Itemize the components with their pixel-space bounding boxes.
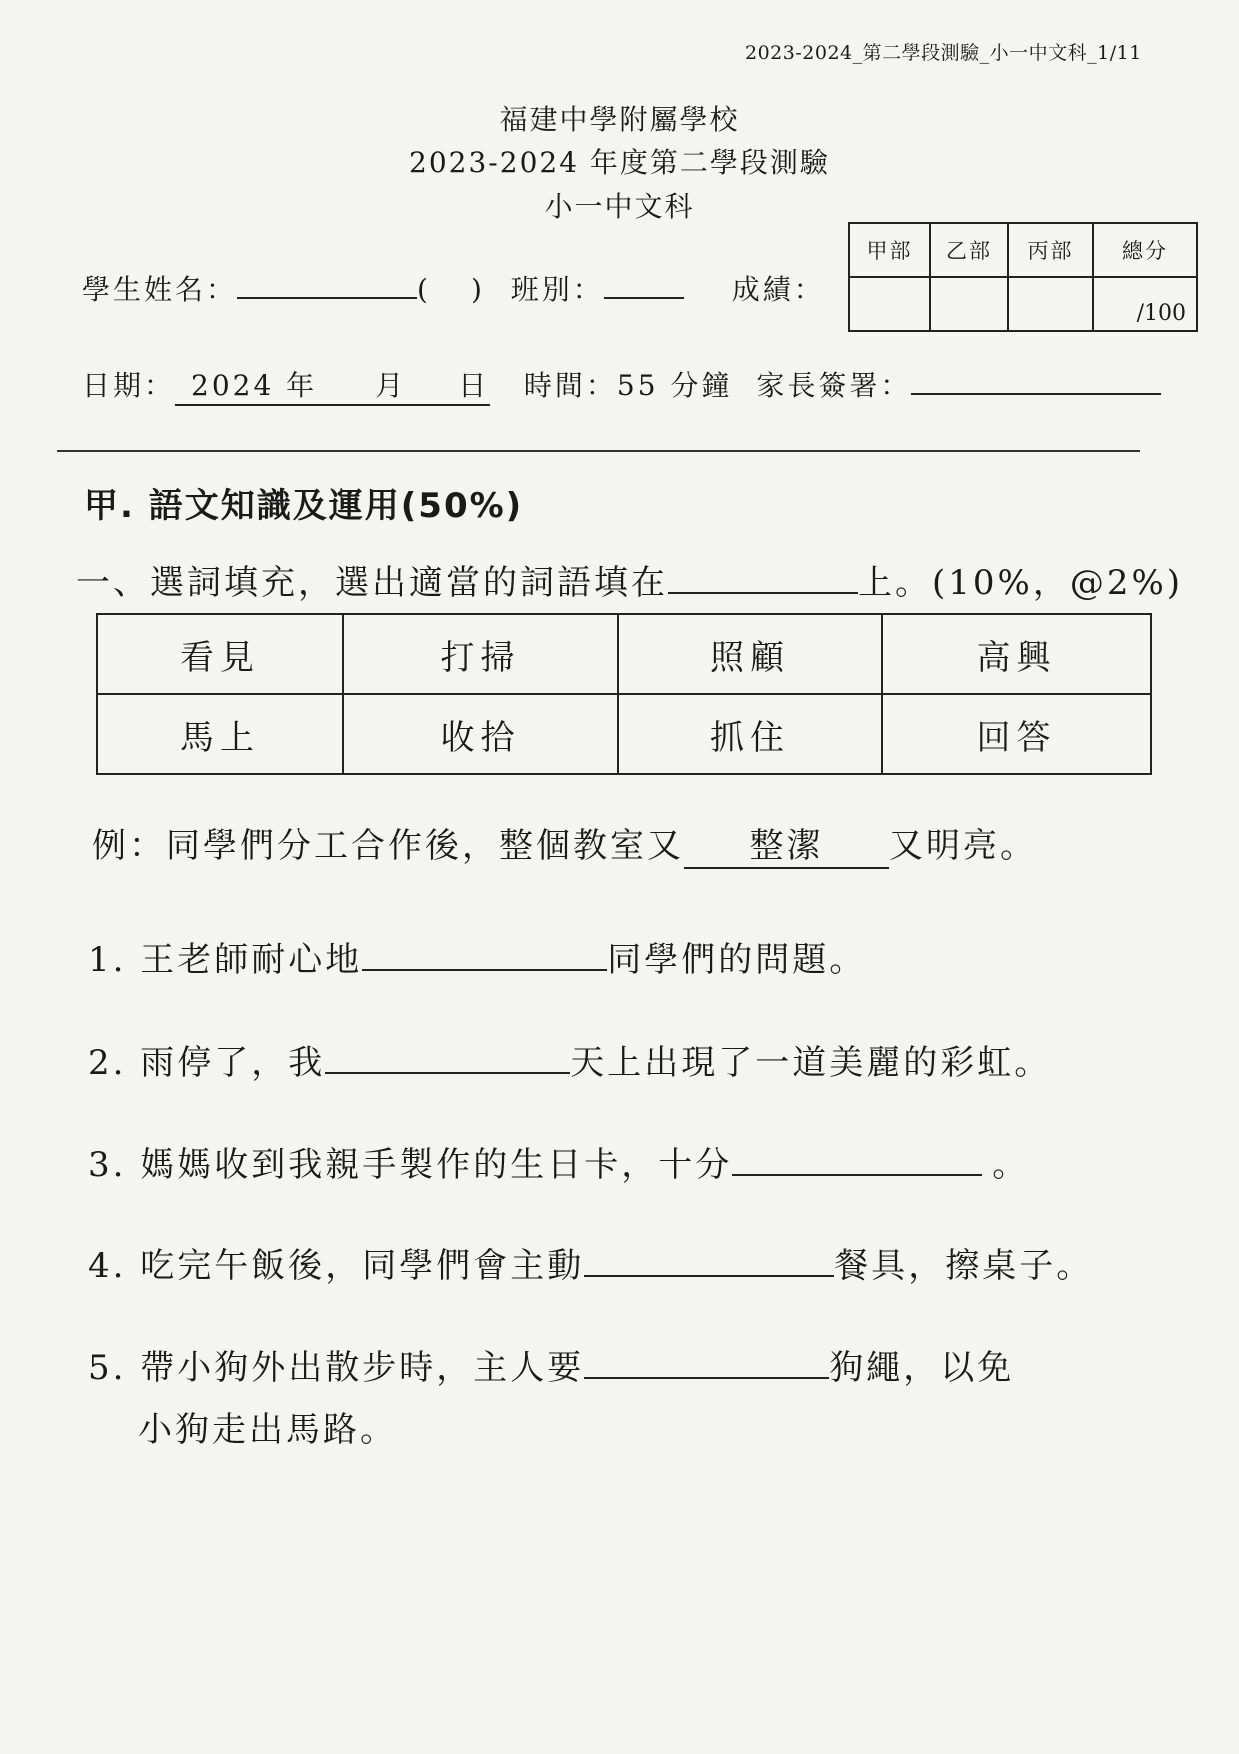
- date-label: 日期：: [82, 369, 175, 402]
- student-info-row: 學生姓名：() 班別： 成績：: [82, 268, 825, 308]
- instruction-marks: 上。(10%，@2%): [858, 563, 1183, 603]
- question-text-before: 3. 媽媽收到我親手製作的生日卡，十分: [88, 1145, 732, 1185]
- answer-blank-2[interactable]: [325, 1071, 570, 1074]
- question-text-before: 4. 吃完午飯後，同學們會主動: [88, 1246, 584, 1286]
- example-sentence: 例：同學們分工合作後，整個教室又整潔又明亮。: [92, 818, 1037, 869]
- question-4: 4. 吃完午飯後，同學們會主動餐具，擦桌子。: [88, 1238, 1093, 1287]
- date-info-row: 日期：2024 年月日 時間：55 分鐘 家長簽署：: [82, 364, 1161, 406]
- date-month: 月: [375, 369, 406, 402]
- class-number-open: (: [417, 273, 431, 306]
- question-instruction: 一、選詞填充，選出適當的詞語填在上。(10%，@2%): [76, 555, 1183, 604]
- question-1: 1. 王老師耐心地同學們的問題。: [88, 932, 866, 981]
- example-answer: 整潔: [684, 818, 889, 869]
- parent-signature-label: 家長簽署：: [756, 369, 911, 402]
- score-total-cell[interactable]: /100: [1093, 277, 1197, 331]
- question-text-after: 狗繩，以免: [829, 1348, 1014, 1388]
- word-bank-item: 高興: [882, 614, 1151, 694]
- answer-blank-5[interactable]: [584, 1376, 829, 1379]
- word-bank-item: 馬上: [97, 694, 343, 774]
- word-bank-item: 收拾: [343, 694, 618, 774]
- question-2: 2. 雨停了，我天上出現了一道美麗的彩虹。: [88, 1035, 1051, 1084]
- section-title: 甲. 語文知識及運用(50%): [84, 478, 523, 527]
- subject-title: 小一中文科: [0, 185, 1239, 225]
- score-header-part-c: 丙部: [1008, 223, 1093, 277]
- word-bank-item: 打掃: [343, 614, 618, 694]
- school-name: 福建中學附屬學校: [0, 98, 1239, 138]
- question-5-line-2: 小狗走出馬路。: [138, 1402, 397, 1451]
- section-divider: [57, 450, 1140, 452]
- time-label: 時間：55 分鐘: [524, 369, 733, 402]
- name-label: 學生姓名：: [82, 273, 237, 306]
- example-text-before: 例：同學們分工合作後，整個教室又: [92, 826, 684, 866]
- word-bank-item: 照顧: [618, 614, 882, 694]
- class-label: 班別：: [511, 273, 604, 306]
- question-text-after: 餐具，擦桌子。: [834, 1246, 1093, 1286]
- score-part-b-cell[interactable]: [930, 277, 1008, 331]
- score-part-a-cell[interactable]: [849, 277, 930, 331]
- question-text-before: 1. 王老師耐心地: [88, 940, 362, 980]
- score-table: 甲部 乙部 丙部 總分 /100: [848, 222, 1198, 332]
- exam-title: 2023-2024 年度第二學段測驗: [0, 141, 1239, 181]
- example-text-after: 又明亮。: [889, 826, 1037, 866]
- question-text-before: 5. 帶小狗外出散步時，主人要: [88, 1348, 584, 1388]
- score-header-part-b: 乙部: [930, 223, 1008, 277]
- question-5: 5. 帶小狗外出散步時，主人要狗繩，以免: [88, 1340, 1014, 1389]
- name-field[interactable]: [237, 296, 417, 299]
- word-bank-item: 抓住: [618, 694, 882, 774]
- score-label: 成績：: [732, 273, 825, 306]
- word-bank-table: 看見 打掃 照顧 高興 馬上 收拾 抓住 回答: [96, 613, 1152, 775]
- instruction-blank: [668, 591, 858, 594]
- date-year: 2024 年: [191, 369, 317, 402]
- date-day: 日: [458, 369, 489, 402]
- word-bank-item: 回答: [882, 694, 1151, 774]
- question-3: 3. 媽媽收到我親手製作的生日卡，十分。: [88, 1137, 1029, 1186]
- score-header-part-a: 甲部: [849, 223, 930, 277]
- class-number-close: ): [471, 273, 485, 306]
- class-field[interactable]: [604, 296, 684, 299]
- answer-blank-1[interactable]: [362, 968, 607, 971]
- date-field[interactable]: 2024 年月日: [175, 364, 490, 406]
- question-text-after: 天上出現了一道美麗的彩虹。: [570, 1043, 1051, 1083]
- page-reference: 2023-2024_第二學段測驗_小一中文科_1/11: [745, 38, 1142, 65]
- answer-blank-4[interactable]: [584, 1274, 834, 1277]
- score-part-c-cell[interactable]: [1008, 277, 1093, 331]
- answer-blank-3[interactable]: [732, 1173, 982, 1176]
- instruction-text: 一、選詞填充，選出適當的詞語填在: [76, 563, 668, 603]
- question-text-after: 。: [992, 1145, 1029, 1185]
- score-header-total: 總分: [1093, 223, 1197, 277]
- parent-signature-field[interactable]: [911, 392, 1161, 395]
- question-text-before: 2. 雨停了，我: [88, 1043, 325, 1083]
- question-text-after: 同學們的問題。: [607, 940, 866, 980]
- word-bank-item: 看見: [97, 614, 343, 694]
